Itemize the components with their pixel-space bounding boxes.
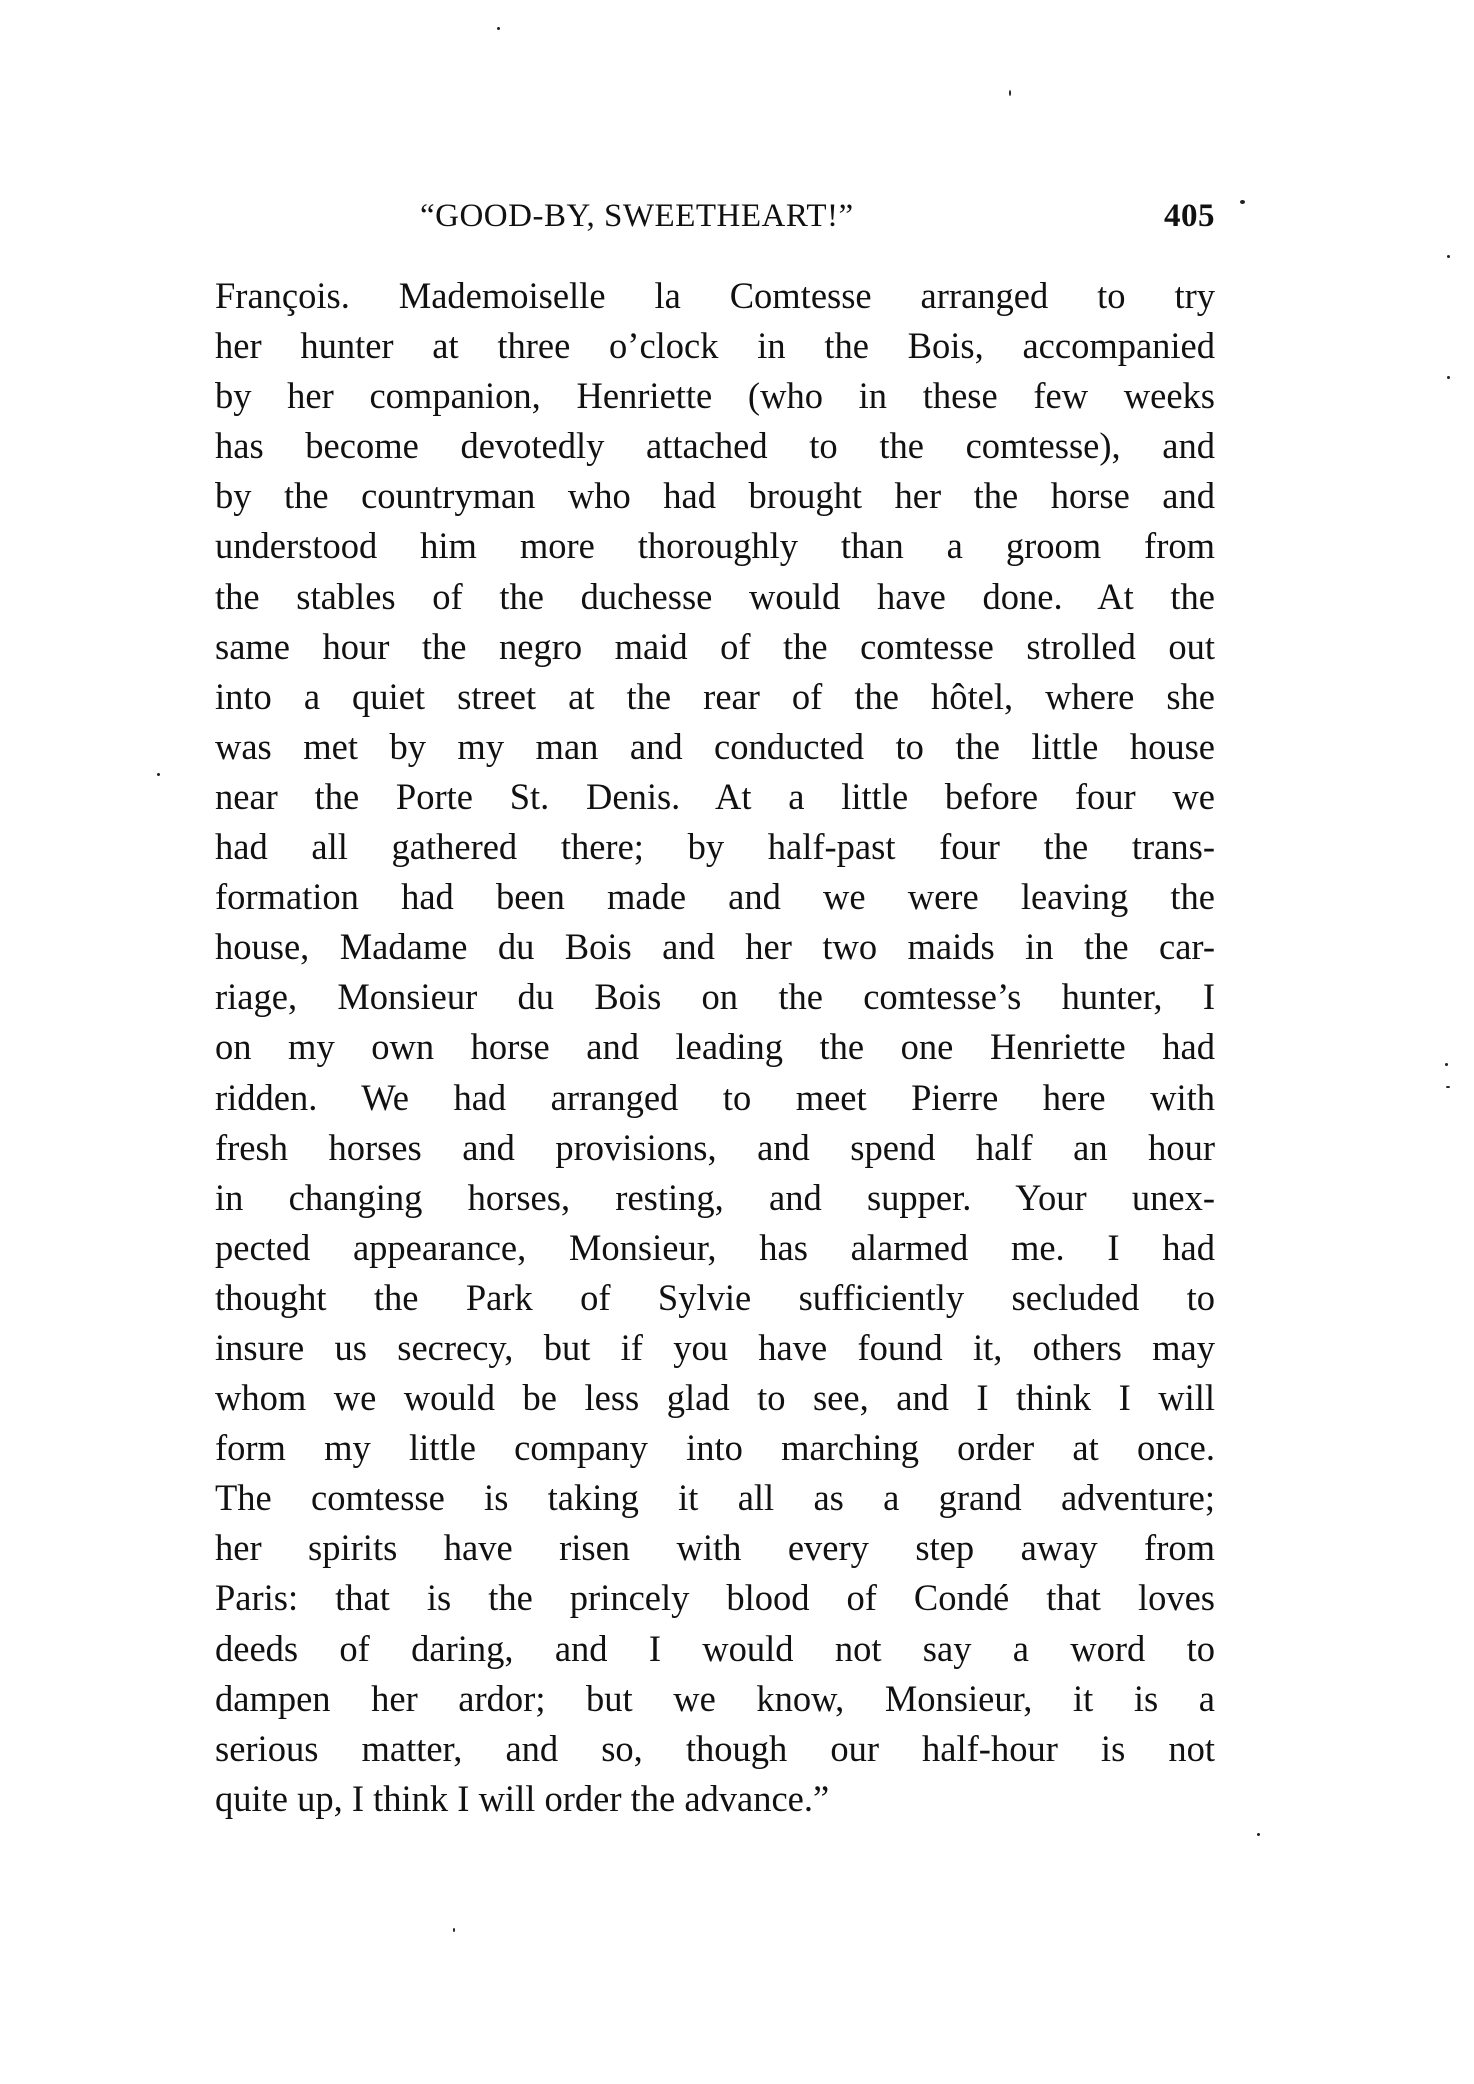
running-title: “GOOD-BY, SWEETHEART!” <box>420 198 854 235</box>
text-line: into a quiet street at the rear of the h… <box>215 672 1215 722</box>
text-line: had all gathered there; by half-past fou… <box>215 822 1215 872</box>
running-head: “GOOD-BY, SWEETHEART!” 405 <box>215 198 1215 248</box>
text-line: in changing horses, resting, and supper.… <box>215 1173 1215 1223</box>
scan-speck <box>1009 90 1011 96</box>
text-line: on my own horse and leading the one Henr… <box>215 1022 1215 1072</box>
text-line: same hour the negro maid of the comtesse… <box>215 622 1215 672</box>
text-line: quite up, I think I will order the advan… <box>215 1774 1215 1824</box>
scan-speck <box>497 27 500 30</box>
scan-speck <box>1447 255 1450 258</box>
text-line: near the Porte St. Denis. At a little be… <box>215 772 1215 822</box>
text-line: Paris: that is the princely blood of Con… <box>215 1573 1215 1623</box>
text-line: by her companion, Henriette (who in thes… <box>215 371 1215 421</box>
scan-speck <box>1447 376 1450 379</box>
text-line: whom we would be less glad to see, and I… <box>215 1373 1215 1423</box>
text-line: understood him more thoroughly than a gr… <box>215 521 1215 571</box>
text-line: serious matter, and so, though our half-… <box>215 1724 1215 1774</box>
book-page: “GOOD-BY, SWEETHEART!” 405 François. Mad… <box>0 0 1474 2084</box>
text-line: riage, Monsieur du Bois on the comtesse’… <box>215 972 1215 1022</box>
text-line: thought the Park of Sylvie sufficiently … <box>215 1273 1215 1323</box>
text-line: deeds of daring, and I would not say a w… <box>215 1624 1215 1674</box>
body-paragraph: François. Mademoiselle la Comtesse arran… <box>215 271 1215 1824</box>
scan-speck <box>1240 200 1245 204</box>
text-line: was met by my man and conducted to the l… <box>215 722 1215 772</box>
text-line: pected appearance, Monsieur, has alarmed… <box>215 1223 1215 1273</box>
text-line: her spirits have risen with every step a… <box>215 1523 1215 1573</box>
text-line: dampen her ardor; but we know, Monsieur,… <box>215 1674 1215 1724</box>
scan-speck <box>1257 1833 1260 1836</box>
page-number: 405 <box>1164 198 1215 235</box>
text-line: The comtesse is taking it all as a grand… <box>215 1473 1215 1523</box>
text-line: ridden. We had arranged to meet Pierre h… <box>215 1073 1215 1123</box>
text-line: insure us secrecy, but if you have found… <box>215 1323 1215 1373</box>
text-line: form my little company into marching ord… <box>215 1423 1215 1473</box>
text-line: the stables of the duchesse would have d… <box>215 572 1215 622</box>
scan-speck <box>1446 1086 1450 1088</box>
scan-speck <box>157 773 160 776</box>
scan-speck <box>453 1928 455 1932</box>
text-line: formation had been made and we were leav… <box>215 872 1215 922</box>
text-line: by the countryman who had brought her th… <box>215 471 1215 521</box>
scan-speck <box>1445 1063 1448 1066</box>
text-line: fresh horses and provisions, and spend h… <box>215 1123 1215 1173</box>
text-line: François. Mademoiselle la Comtesse arran… <box>215 271 1215 321</box>
text-line: has become devotedly attached to the com… <box>215 421 1215 471</box>
text-line: her hunter at three o’clock in the Bois,… <box>215 321 1215 371</box>
text-line: house, Madame du Bois and her two maids … <box>215 922 1215 972</box>
